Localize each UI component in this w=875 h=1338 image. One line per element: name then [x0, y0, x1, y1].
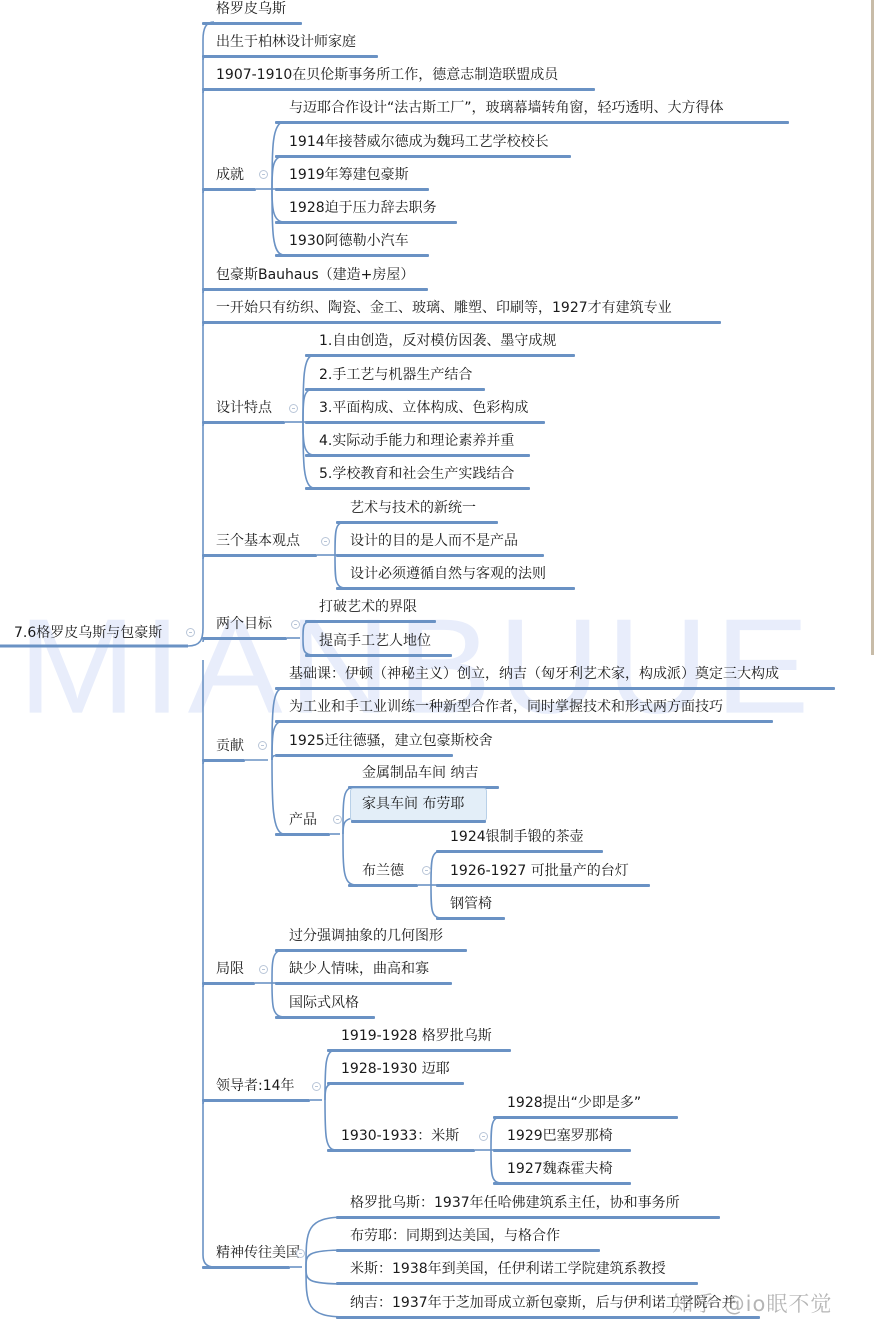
zhihu-watermark: 知乎 @io眠不觉 [672, 1288, 832, 1318]
america-item[interactable]: 布劳耶：同期到达美国，与格合作 [350, 1227, 600, 1249]
branch-gropius[interactable]: 格罗皮乌斯 [216, 0, 302, 22]
america-item[interactable]: 格罗批乌斯：1937年任哈佛建筑系主任，协和事务所 [350, 1194, 720, 1216]
achievement-item[interactable]: 1919年筹建包豪斯 [289, 166, 429, 188]
collapse-toggle-icon[interactable] [186, 628, 195, 637]
design-feature-item[interactable]: 3.平面构成、立体构成、色彩构成 [319, 399, 545, 421]
branch-spread-to-america[interactable]: 精神传往美国 [216, 1244, 290, 1266]
achievement-item[interactable]: 1930阿德勒小汽车 [289, 232, 429, 254]
branch-limitations[interactable]: 局限 [216, 960, 255, 982]
branch-achievements[interactable]: 成就 [216, 166, 256, 188]
goal-item[interactable]: 提高手工艺人地位 [319, 632, 452, 654]
design-feature-item[interactable]: 4.实际动手能力和理论素养并重 [319, 432, 530, 454]
branch-two-goals[interactable]: 两个目标 [216, 615, 287, 637]
achievement-item[interactable]: 与迈耶合作设计“法古斯工厂”，玻璃幕墙转角窗，轻巧透明、大方得体 [289, 99, 789, 121]
brandt-item[interactable]: 钢管椅 [450, 895, 505, 917]
view-item[interactable]: 艺术与技术的新统一 [350, 499, 498, 521]
collapse-toggle-icon[interactable] [479, 1132, 488, 1141]
branch-behrens-office[interactable]: 1907-1910在贝伦斯事务所工作，德意志制造联盟成员 [216, 66, 595, 88]
goal-item[interactable]: 打破艺术的界限 [319, 598, 436, 620]
collapse-toggle-icon[interactable] [259, 965, 268, 974]
achievement-item[interactable]: 1914年接替威尔德成为魏玛工艺学校校长 [289, 133, 571, 155]
collapse-toggle-icon[interactable] [259, 170, 268, 179]
mies-item[interactable]: 1928提出“少即是多” [507, 1094, 678, 1116]
mies-item[interactable]: 1927魏森霍夫椅 [507, 1160, 631, 1182]
leader-item[interactable]: 1919-1928 格罗批乌斯 [341, 1027, 511, 1049]
limitation-item[interactable]: 过分强调抽象的几何图形 [289, 927, 467, 949]
collapse-toggle-icon[interactable] [296, 1249, 305, 1258]
contribution-item[interactable]: 1925迁往德骚，建立包豪斯校舍 [289, 732, 453, 754]
root-node[interactable]: 7.6格罗皮乌斯与包豪斯 [14, 624, 188, 646]
view-item[interactable]: 设计必须遵循自然与客观的法则 [350, 565, 575, 587]
achievement-item[interactable]: 1928迫于压力辞去职务 [289, 199, 457, 221]
design-feature-item[interactable]: 2.手工艺与机器生产结合 [319, 366, 485, 388]
branch-three-views[interactable]: 三个基本观点 [216, 532, 317, 554]
contribution-item[interactable]: 为工业和手工业训练一种新型合作者，同时掌握技术和形式两方面技巧 [289, 698, 773, 720]
design-feature-item[interactable]: 5.学校教育和社会生产实践结合 [319, 465, 530, 487]
collapse-toggle-icon[interactable] [422, 866, 431, 875]
limitation-item[interactable]: 缺少人情味，曲高和寡 [289, 960, 452, 982]
branch-bauhaus-name[interactable]: 包豪斯Bauhaus（建造+房屋） [216, 266, 428, 288]
root-label: 7.6格罗皮乌斯与包豪斯 [14, 625, 162, 641]
branch-initial-majors[interactable]: 一开始只有纺织、陶瓷、金工、玻璃、雕塑、印刷等，1927才有建筑专业 [216, 299, 721, 321]
brandt-item[interactable]: 1924银制手锻的茶壶 [450, 828, 603, 850]
leader-item[interactable]: 1928-1930 迈耶 [341, 1060, 464, 1082]
branch-brandt[interactable]: 布兰德 [362, 862, 418, 884]
product-furniture-workshop-selected[interactable]: 家具车间 布劳耶 [350, 788, 487, 821]
view-item[interactable]: 设计的目的是人而不是产品 [350, 532, 544, 554]
america-item[interactable]: 米斯：1938年到美国，任伊利诺工学院建筑系教授 [350, 1260, 698, 1282]
brandt-item[interactable]: 1926-1927 可批量产的台灯 [450, 862, 650, 884]
mies-item[interactable]: 1929巴塞罗那椅 [507, 1127, 631, 1149]
branch-born-berlin[interactable]: 出生于柏林设计师家庭 [216, 33, 378, 55]
collapse-toggle-icon[interactable] [333, 815, 342, 824]
collapse-toggle-icon[interactable] [321, 537, 330, 546]
design-feature-item[interactable]: 1.自由创造，反对模仿因袭、墨守成规 [319, 332, 575, 354]
contribution-item[interactable]: 基础课：伊顿（神秘主义）创立，纳吉（匈牙利艺术家，构成派）奠定三大构成 [289, 665, 835, 687]
collapse-toggle-icon[interactable] [289, 404, 298, 413]
branch-design-features[interactable]: 设计特点 [216, 399, 285, 421]
collapse-toggle-icon[interactable] [312, 1082, 321, 1091]
branch-mies[interactable]: 1930-1933：米斯 [341, 1127, 475, 1149]
branch-contributions[interactable]: 贡献 [216, 737, 245, 759]
limitation-item[interactable]: 国际式风格 [289, 994, 375, 1016]
collapse-toggle-icon[interactable] [291, 620, 300, 629]
branch-products[interactable]: 产品 [289, 811, 330, 833]
product-metal-workshop[interactable]: 金属制品车间 纳吉 [362, 764, 499, 786]
branch-leaders[interactable]: 领导者:14年 [216, 1077, 310, 1099]
collapse-toggle-icon[interactable] [258, 741, 267, 750]
